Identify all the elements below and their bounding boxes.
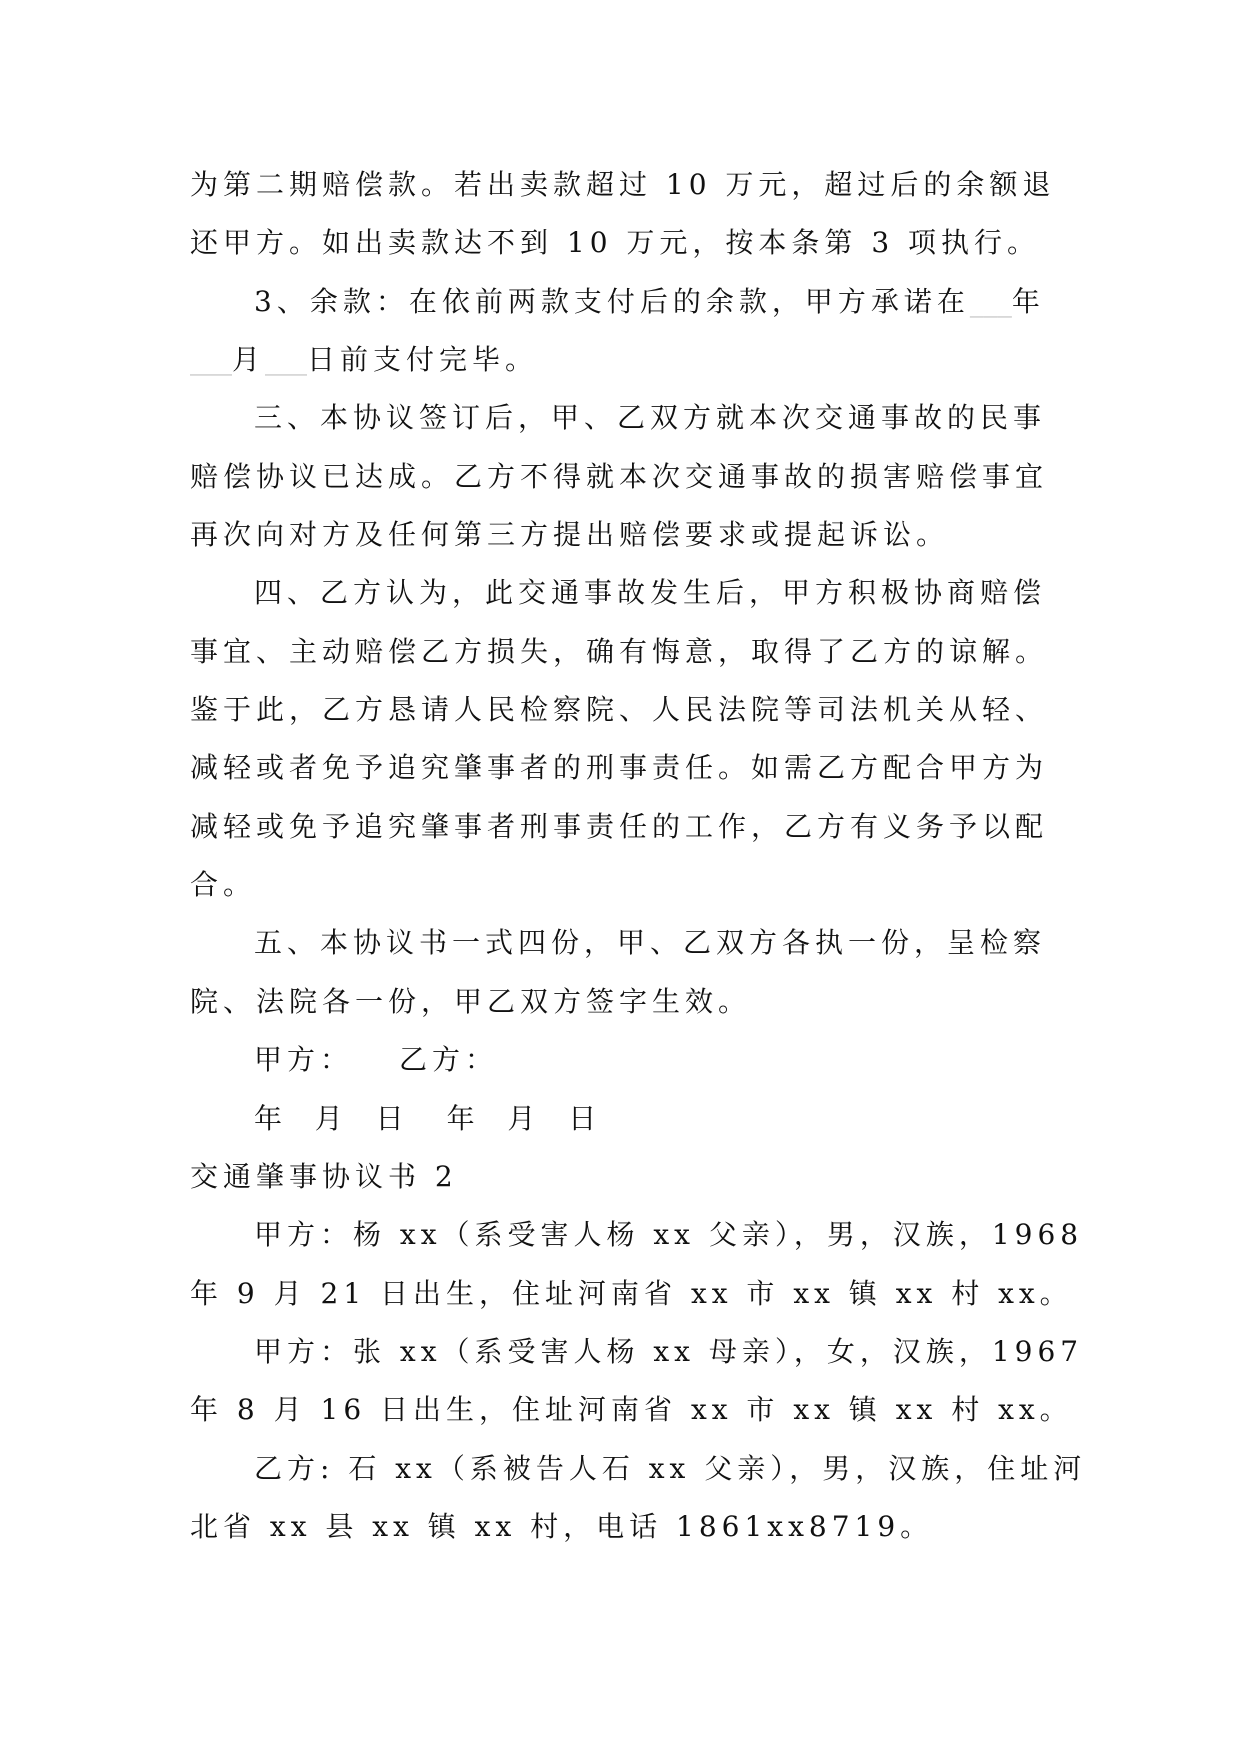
paragraph-line: 还甲方。如出卖款达不到 10 万元，按本条第 3 项执行。 bbox=[190, 214, 1090, 272]
paragraph-line: 再次向对方及任何第三方提出赔偿要求或提起诉讼。 bbox=[190, 506, 1090, 564]
party-a-mother-line: 甲方：张 xx（系受害人杨 xx 母亲），女，汉族，1967 bbox=[190, 1323, 1090, 1381]
day-blank: ___ bbox=[265, 343, 307, 376]
party-b-date: 年 月 日 bbox=[447, 1102, 602, 1135]
paragraph-line: 北省 xx 县 xx 镇 xx 村，电话 1861xx8719。 bbox=[190, 1498, 1090, 1556]
paragraph-line: 年 9 月 21 日出生，住址河南省 xx 市 xx 镇 xx 村 xx。 bbox=[190, 1265, 1090, 1323]
paragraph-line: 年 8 月 16 日出生，住址河南省 xx 市 xx 镇 xx 村 xx。 bbox=[190, 1381, 1090, 1439]
signature-parties: 甲方：乙方： bbox=[190, 1031, 1090, 1089]
year-blank: ___ bbox=[970, 285, 1012, 318]
clause-4-heading-line: 四、乙方认为，此交通事故发生后，甲方积极协商赔偿 bbox=[190, 564, 1090, 622]
month-label: 月 bbox=[232, 343, 265, 376]
party-b-signature-label: 乙方： bbox=[399, 1043, 498, 1076]
party-b-line: 乙方: 石 xx（系被告人石 xx 父亲），男，汉族，住址河 bbox=[190, 1440, 1090, 1498]
paragraph-line: 院、法院各一份，甲乙双方签字生效。 bbox=[190, 973, 1090, 1031]
paragraph-line: 赔偿协议已达成。乙方不得就本次交通事故的损害赔偿事宜 bbox=[190, 448, 1090, 506]
payment-deadline-line: ___月___日前支付完毕。 bbox=[190, 331, 1090, 389]
paragraph-line: 事宜、主动赔偿乙方损失，确有悔意，取得了乙方的谅解。 bbox=[190, 623, 1090, 681]
paragraph-line: 减轻或者免予追究肇事者的刑事责任。如需乙方配合甲方为 bbox=[190, 739, 1090, 797]
clause-text: 3、余款：在依前两款支付后的余款，甲方承诺在 bbox=[254, 285, 970, 318]
clause-5-heading-line: 五、本协议书一式四份，甲、乙双方各执一份，呈检察 bbox=[190, 914, 1090, 972]
paragraph-line: 为第二期赔偿款。若出卖款超过 10 万元，超过后的余额退 bbox=[190, 156, 1090, 214]
signature-dates: 年 月 日年 月 日 bbox=[190, 1090, 1090, 1148]
party-a-father-line: 甲方：杨 xx（系受害人杨 xx 父亲），男，汉族，1968 bbox=[190, 1206, 1090, 1264]
clause-3-remaining-payment: 3、余款：在依前两款支付后的余款，甲方承诺在___年 bbox=[190, 273, 1090, 331]
section-2-title: 交通肇事协议书 2 bbox=[190, 1148, 1090, 1206]
paragraph-line: 合。 bbox=[190, 856, 1090, 914]
party-a-date: 年 月 日 bbox=[254, 1102, 409, 1135]
paragraph-line: 鉴于此，乙方恳请人民检察院、人民法院等司法机关从轻、 bbox=[190, 681, 1090, 739]
clause-3-heading-line: 三、本协议签订后，甲、乙双方就本次交通事故的民事 bbox=[190, 389, 1090, 447]
party-a-signature-label: 甲方： bbox=[254, 1043, 353, 1076]
month-blank: ___ bbox=[190, 343, 232, 376]
year-label: 年 bbox=[1012, 285, 1045, 318]
deadline-text: 日前支付完毕。 bbox=[307, 343, 538, 376]
document-page: 为第二期赔偿款。若出卖款超过 10 万元，超过后的余额退 还甲方。如出卖款达不到… bbox=[0, 0, 1241, 1754]
paragraph-line: 减轻或免予追究肇事者刑事责任的工作，乙方有义务予以配 bbox=[190, 798, 1090, 856]
document-body: 为第二期赔偿款。若出卖款超过 10 万元，超过后的余额退 还甲方。如出卖款达不到… bbox=[190, 156, 1090, 1556]
